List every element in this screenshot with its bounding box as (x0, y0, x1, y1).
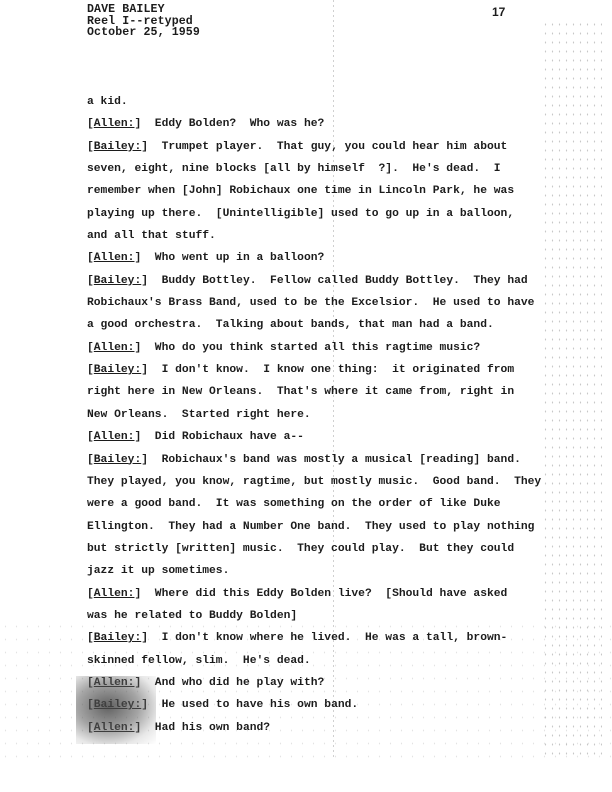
line-text: a good orchestra. Talking about bands, t… (87, 319, 494, 331)
line-text: seven, eight, nine blocks [all by himsel… (87, 163, 501, 175)
speaker-label: Bailey: (94, 364, 141, 376)
transcript-turn: [Bailey:] Robichaux's band was mostly a … (87, 449, 537, 471)
line-text: He used to have his own band. (148, 699, 358, 711)
line-text: Robichaux's Brass Band, used to be the E… (87, 297, 534, 309)
transcript-line: remember when [John] Robichaux one time … (87, 180, 537, 202)
transcript-line: a kid. (87, 91, 537, 113)
speaker-label: Allen: (94, 588, 135, 600)
transcript-line: seven, eight, nine blocks [all by himsel… (87, 158, 537, 180)
scan-smudge (76, 676, 156, 744)
line-text: Who do you think started all this ragtim… (141, 342, 480, 354)
transcript-turn: [Allen:] Who went up in a balloon? (87, 247, 537, 269)
line-text: skinned fellow, slim. He's dead. (87, 655, 311, 667)
line-text: Who went up in a balloon? (141, 252, 324, 264)
transcript-line: Robichaux's Brass Band, used to be the E… (87, 292, 537, 314)
line-text: Where did this Eddy Bolden live? [Should… (141, 588, 507, 600)
transcript-line: jazz it up sometimes. (87, 560, 537, 582)
transcript-line: They played, you know, ragtime, but most… (87, 471, 537, 493)
line-text: Eddy Bolden? Who was he? (141, 118, 324, 130)
speaker-label: Bailey: (94, 454, 141, 466)
line-text: but strictly [written] music. They could… (87, 543, 514, 555)
speaker-label: Allen: (94, 252, 135, 264)
transcript-turn: [Allen:] Eddy Bolden? Who was he? (87, 113, 537, 135)
line-text: right here in New Orleans. That's where … (87, 386, 514, 398)
transcript-line: and all that stuff. (87, 225, 537, 247)
line-text: was he related to Buddy Bolden] (87, 610, 297, 622)
line-text: Ellington. They had a Number One band. T… (87, 521, 534, 533)
interviewee-name: DAVE BAILEY (87, 4, 200, 16)
transcript-page: DAVE BAILEY Reel I--retyped October 25, … (0, 0, 612, 792)
speaker-label: Bailey: (94, 275, 141, 287)
line-text: New Orleans. Started right here. (87, 409, 311, 421)
transcript-body: a kid.[Allen:] Eddy Bolden? Who was he?[… (87, 91, 537, 739)
page-number: 17 (492, 5, 505, 19)
transcript-turn: [Bailey:] I don't know where he lived. H… (87, 627, 537, 649)
line-text: a kid. (87, 96, 128, 108)
transcript-line: New Orleans. Started right here. (87, 404, 537, 426)
transcript-turn: [Bailey:] I don't know. I know one thing… (87, 359, 537, 381)
transcript-line: was he related to Buddy Bolden] (87, 605, 537, 627)
interview-date: October 25, 1959 (87, 27, 200, 39)
line-text: remember when [John] Robichaux one time … (87, 185, 514, 197)
transcript-line: were a good band. It was something on th… (87, 493, 537, 515)
line-text: playing up there. [Unintelligible] used … (87, 208, 514, 220)
line-text: And who did he play with? (141, 677, 324, 689)
speaker-label: Bailey: (94, 632, 141, 644)
transcript-line: a good orchestra. Talking about bands, t… (87, 314, 537, 336)
page-header: DAVE BAILEY Reel I--retyped October 25, … (87, 4, 200, 39)
transcript-line: playing up there. [Unintelligible] used … (87, 203, 537, 225)
line-text: jazz it up sometimes. (87, 565, 229, 577)
transcript-line: Ellington. They had a Number One band. T… (87, 516, 537, 538)
transcript-turn: [Bailey:] Buddy Bottley. Fellow called B… (87, 270, 537, 292)
line-text: I don't know where he lived. He was a ta… (148, 632, 507, 644)
transcript-line: but strictly [written] music. They could… (87, 538, 537, 560)
line-text: Robichaux's band was mostly a musical [r… (148, 454, 521, 466)
line-text: were a good band. It was something on th… (87, 498, 501, 510)
speaker-label: Allen: (94, 431, 135, 443)
transcript-line: right here in New Orleans. That's where … (87, 381, 537, 403)
speaker-label: Allen: (94, 118, 135, 130)
line-text: Trumpet player. That guy, you could hear… (148, 141, 507, 153)
line-text: I don't know. I know one thing: it origi… (148, 364, 514, 376)
transcript-turn: [Bailey:] Trumpet player. That guy, you … (87, 136, 537, 158)
line-text: Had his own band? (141, 722, 270, 734)
transcript-turn: [Allen:] Where did this Eddy Bolden live… (87, 583, 537, 605)
transcript-turn: [Allen:] Who do you think started all th… (87, 337, 537, 359)
line-text: Buddy Bottley. Fellow called Buddy Bottl… (148, 275, 528, 287)
speaker-label: Allen: (94, 342, 135, 354)
transcript-turn: [Allen:] Did Robichaux have a-- (87, 426, 537, 448)
line-text: Did Robichaux have a-- (141, 431, 304, 443)
transcript-line: skinned fellow, slim. He's dead. (87, 650, 537, 672)
speaker-label: Bailey: (94, 141, 141, 153)
line-text: and all that stuff. (87, 230, 216, 242)
line-text: They played, you know, ragtime, but most… (87, 476, 541, 488)
